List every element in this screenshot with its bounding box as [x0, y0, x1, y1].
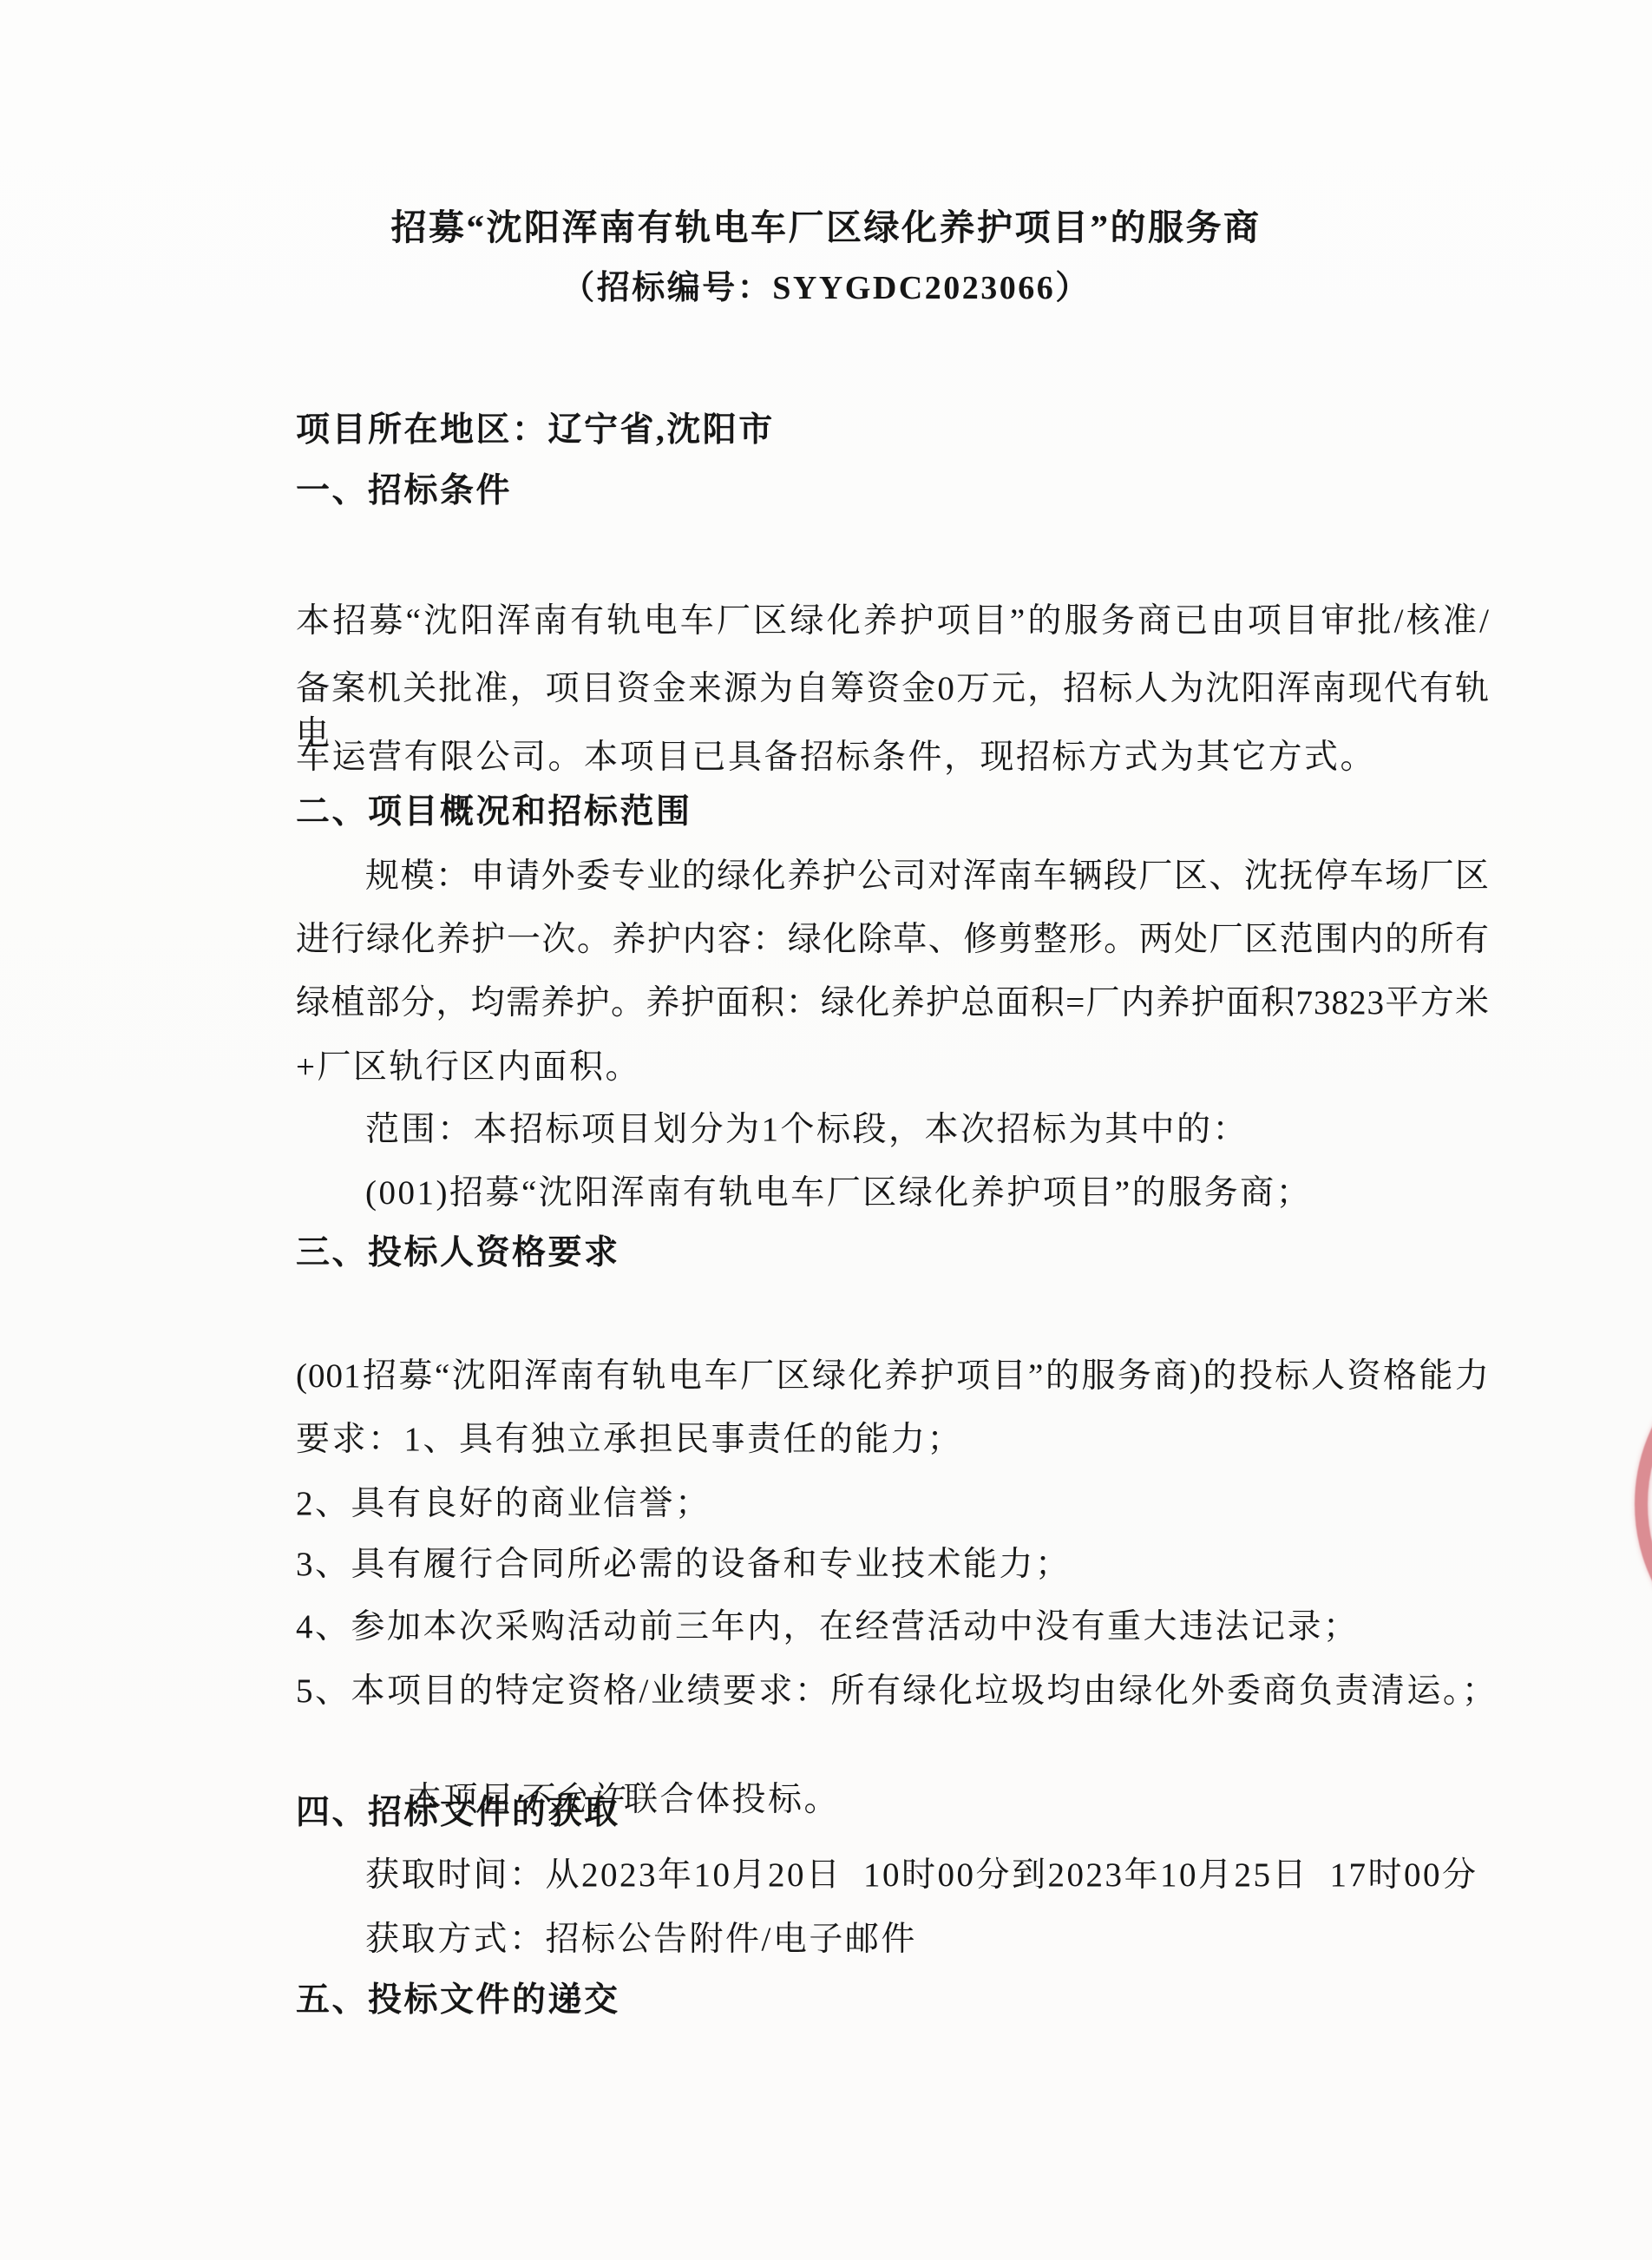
no-consortium-suffix: 联合体投标。	[624, 1781, 840, 1818]
section3-requirement-1: 要求：1、具有独立承担民事责任的能力；	[296, 1417, 963, 1462]
section4-obtain-method-line: 获取方式：招标公告附件/电子邮件	[365, 1917, 917, 1962]
section3-heading: 三、投标人资格要求	[296, 1231, 620, 1276]
document-page: 招募“沈阳浑南有轨电车厂区绿化养护项目”的服务商 （招标编号：SYYGDC202…	[0, 0, 1652, 2260]
doc-title: 招募“沈阳浑南有轨电车厂区绿化养护项目”的服务商	[0, 205, 1652, 250]
section3-intro-line1: (001招募“沈阳浑南有轨电车厂区绿化养护项目”的服务商)的投标人资格能力	[296, 1354, 1490, 1399]
section3-requirement-2: 2、具有良好的商业信誉；	[296, 1481, 711, 1527]
section2-scale-line3: 绿植部分，均需养护。养护面积：绿化养护总面积=厂内养护面积73823平方米	[296, 981, 1490, 1026]
section2-scale-line1: 规模：申请外委专业的绿化养护公司对浑南车辆段厂区、沈抚停车场厂区	[365, 854, 1490, 899]
section2-heading: 二、项目概况和招标范围	[296, 790, 692, 835]
section3-requirement-5: 5、本项目的特定资格/业绩要求：所有绿化垃圾均由绿化外委商负责清运。；	[296, 1669, 1498, 1714]
section2-scale-line4: +厂区轨行区内面积。	[296, 1045, 641, 1090]
section3-requirement-4: 4、参加本次采购活动前三年内，在经营活动中没有重大违法记录；	[296, 1605, 1360, 1650]
section4-obtain-time-line: 获取时间：从2023年10月20日 10时00分到2023年10月25日 17时…	[365, 1853, 1478, 1898]
section1-paragraph-line1: 本招募“沈阳浑南有轨电车厂区绿化养护项目”的服务商已由项目审批/核准/	[296, 599, 1490, 644]
section2-lot-line: (001)招募“沈阳浑南有轨电车厂区绿化养护项目”的服务商；	[365, 1171, 1312, 1216]
section4-heading: 四、招标文件的获取	[296, 1790, 620, 1836]
project-location-line: 项目所在地区：辽宁省,沈阳市	[296, 408, 775, 453]
red-seal-stamp	[1635, 1326, 1652, 1682]
tender-number-line: （招标编号：SYYGDC2023066）	[0, 266, 1652, 311]
section1-heading: 一、招标条件	[296, 469, 512, 514]
section1-paragraph-line3: 车运营有限公司。本项目已具备招标条件，现招标方式为其它方式。	[296, 735, 1376, 780]
section5-heading: 五、投标文件的递交	[296, 1978, 620, 2023]
section2-scale-line2: 进行绿化养护一次。养护内容：绿化除草、修剪整形。两处厂区范围内的所有	[296, 917, 1490, 962]
section3-requirement-3: 3、具有履行合同所必需的设备和专业技术能力；	[296, 1542, 1072, 1587]
section2-range-line: 范围：本招标项目划分为1个标段，本次招标为其中的：	[365, 1107, 1249, 1153]
